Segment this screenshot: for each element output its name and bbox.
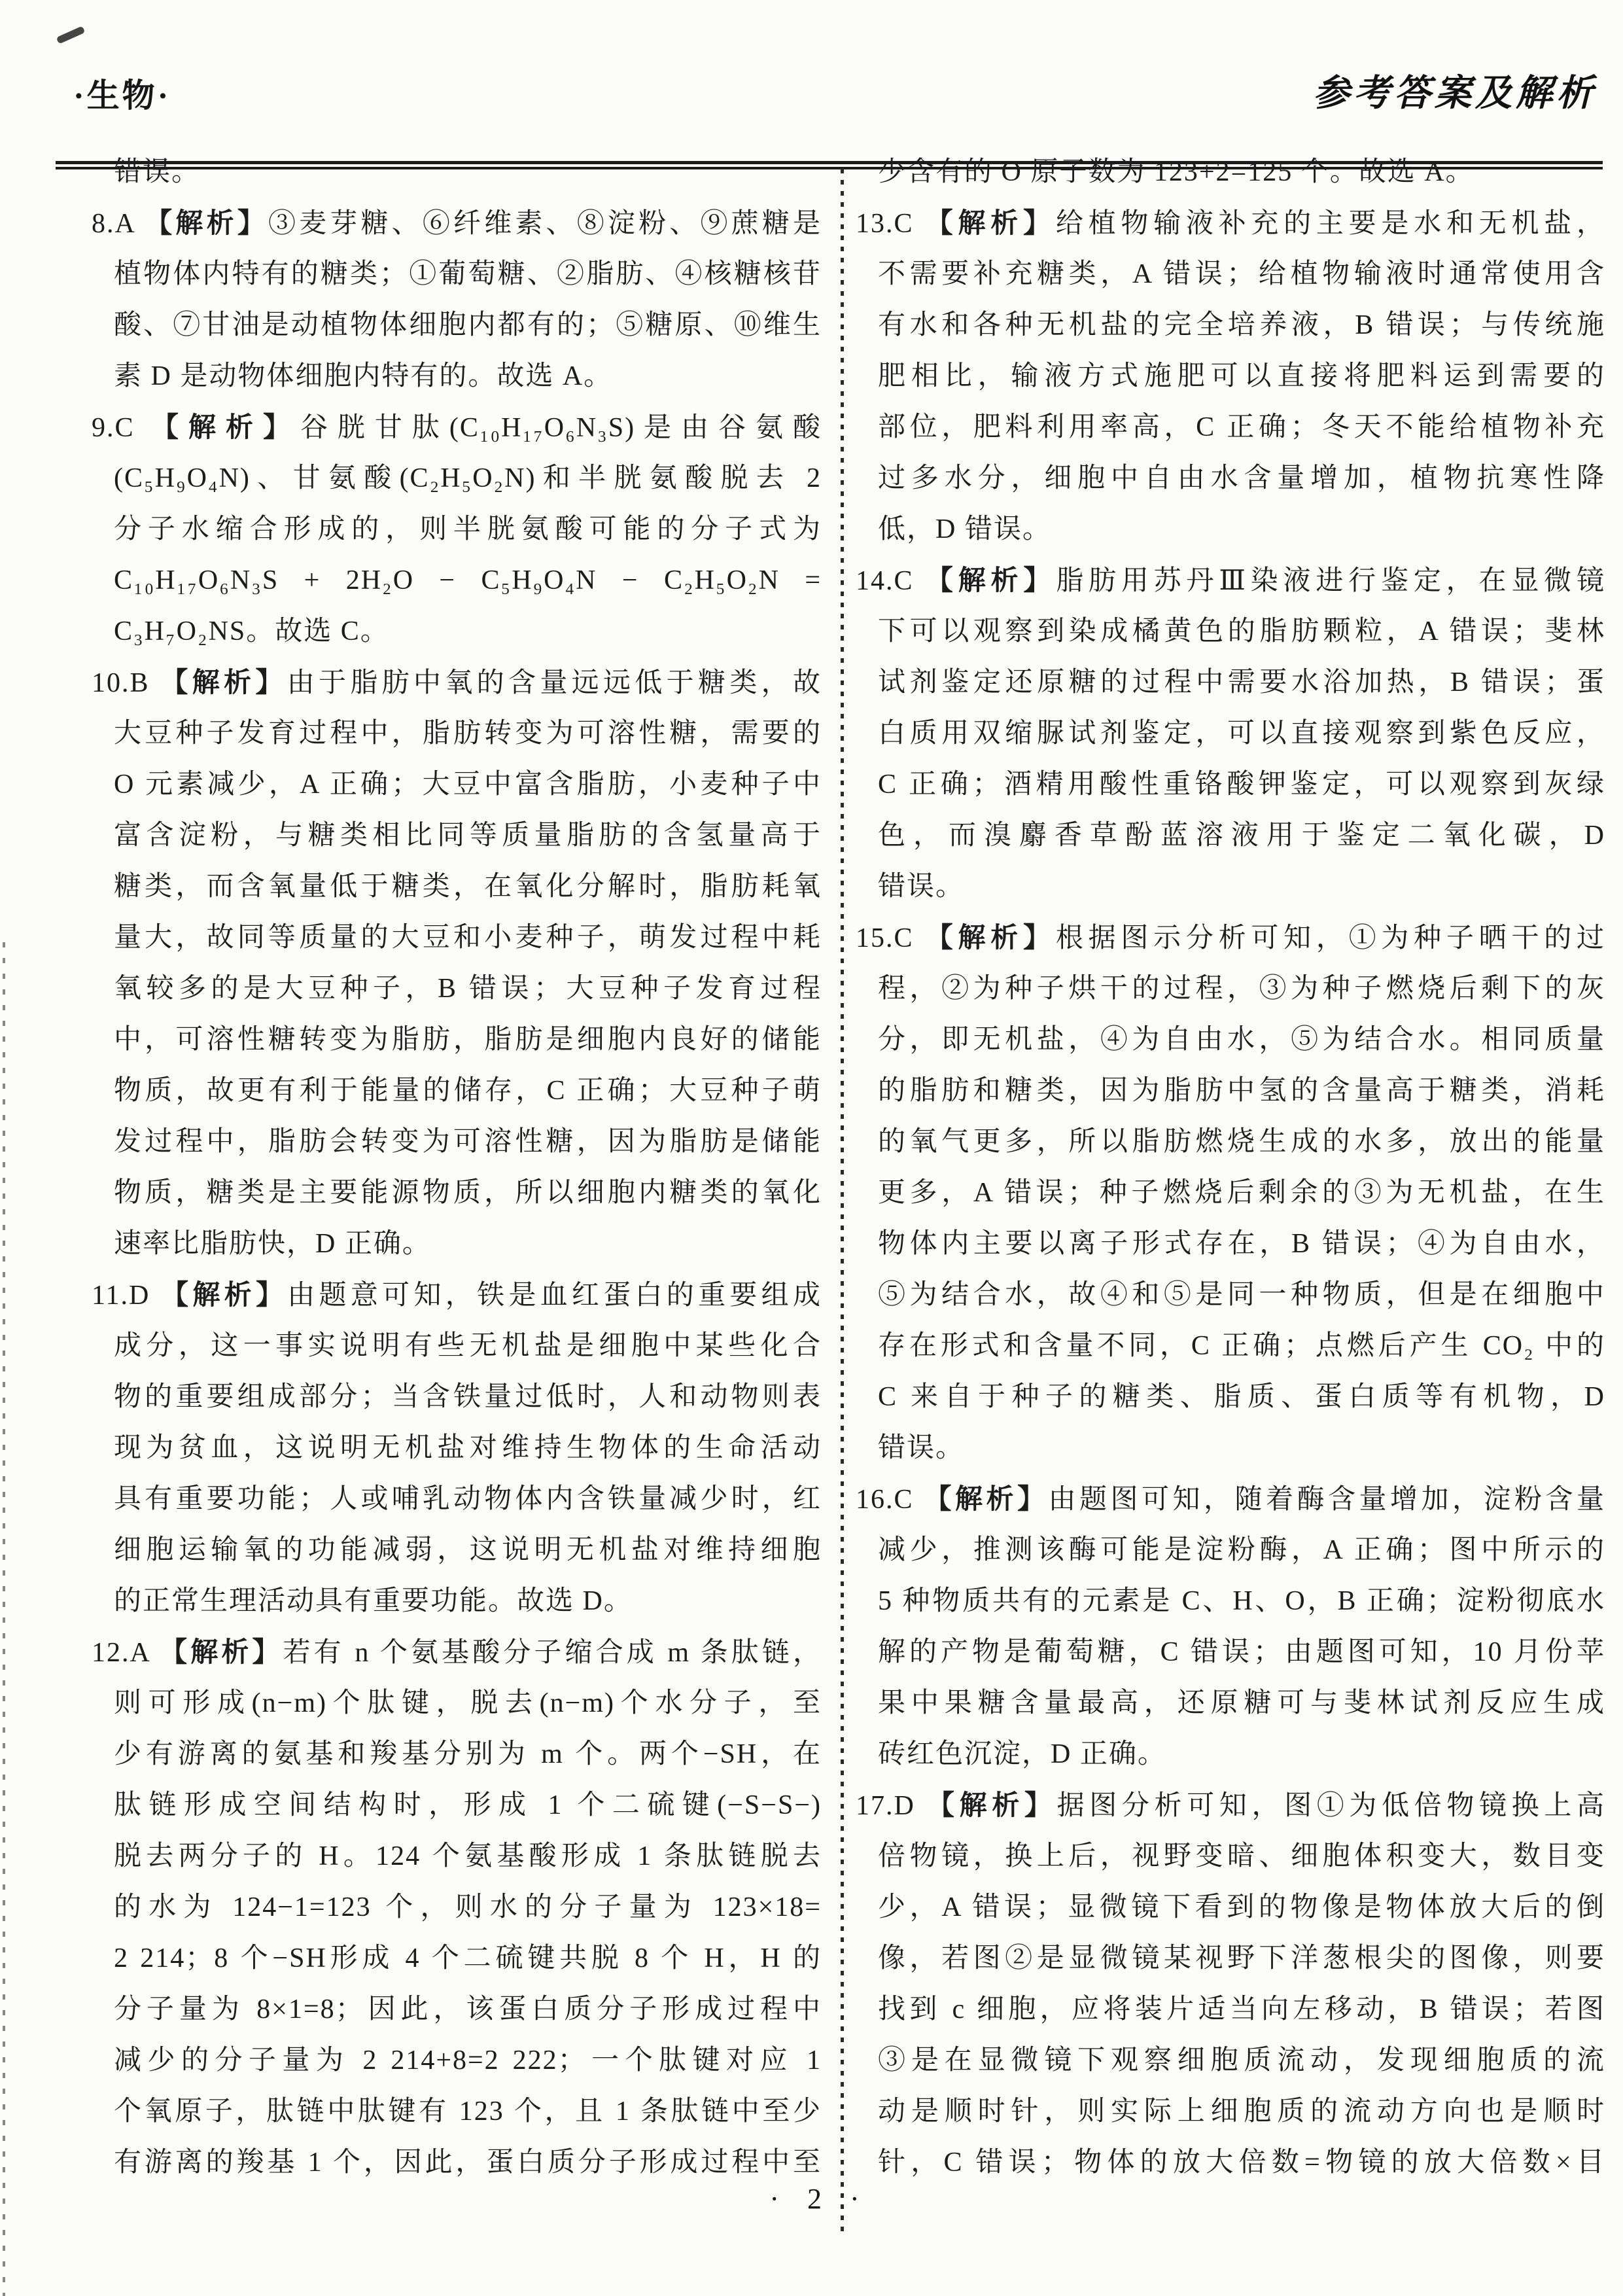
text-line: 减少的分子量为 2 214+8=2 222；一个肽键对应 1 [92,2035,822,2086]
text-line: 过多水分，细胞中自由水含量增加，植物抗寒性降 [856,453,1605,504]
text-line: 有游离的羧基 1 个，因此，蛋白质分子形成过程中至 [92,2137,822,2188]
text-line: 动是顺时针，则实际上细胞质的流动方向也是顺时 [856,2086,1605,2137]
text-line: 试剂鉴定还原糖的过程中需要水浴加热，B 错误；蛋 [856,657,1605,708]
text-line: 发过程中，脂肪会转变为可溶性糖，因为脂肪是储能 [92,1116,822,1167]
text-line: C 来自于种子的糖类、脂质、蛋白质等有机物，D [856,1371,1605,1422]
text-line: 下可以观察到染成橘黄色的脂肪颗粒，A 错误；斐林 [856,606,1605,657]
text-line: 个氧原子，肽链中肽键有 123 个，且 1 条肽链中至少 [92,2086,822,2137]
text-line: 低，D 错误。 [856,504,1605,555]
text-line: 16.C 【解析】由题图可知，随着酶含量增加，淀粉含量 [856,1474,1605,1525]
text-line: 存在形式和含量不同，C 正确；点燃后产生 CO₂ 中的 [856,1320,1605,1371]
analysis-label: 【解析】 [160,667,287,698]
text-line: 17.D 【解析】据图分析可知，图①为低倍物镜换上高 [856,1780,1605,1831]
analysis-label: 【解析】 [926,207,1056,238]
text-line: 不需要补充糖类，A 错误；给植物输液时通常使用含 [856,249,1605,300]
text-line: 大豆种子发育过程中，脂肪转变为可溶性糖，需要的 [92,708,822,759]
text-line: 则可形成(n−m)个肽键，脱去(n−m)个水分子，至 [92,1678,822,1729]
text-line: 像，若图②是显微镜某视野下洋葱根尖的图像，则要 [856,1933,1605,1984]
text-line: 物质，故更有利于能量的储存，C 正确；大豆种子萌 [92,1065,822,1116]
text-line: 针，C 错误；物体的放大倍数=物镜的放大倍数×目 [856,2137,1605,2188]
text-line: 肽链形成空间结构时，形成 1 个二硫键(−S−S−) [92,1780,822,1831]
text-line: 的正常生理活动具有重要功能。故选 D。 [92,1576,822,1627]
text-line: 肥相比，输液方式施肥可以直接将肥料运到需要的 [856,351,1605,402]
page-number: · 2 · [722,2174,918,2225]
text-line: 10.B 【解析】由于脂肪中氧的含量远远低于糖类，故 [92,657,822,708]
analysis-label: 【解析】 [151,412,300,442]
analysis-label: 【解析】 [924,1483,1049,1514]
analysis-label: 【解析】 [145,207,268,238]
text-line: 分子量为 8×1=8；因此，该蛋白质分子形成过程中 [92,1984,822,2035]
text-line: 有水和各种无机盐的完全培养液，B 错误；与传统施 [856,300,1605,351]
text-line: 成分，这一事实说明有些无机盐是细胞中某些化合 [92,1320,822,1371]
text-line: 的氧气更多，所以脂肪燃烧生成的水多，放出的能量 [856,1116,1605,1167]
text-line: O 元素减少，A 正确；大豆中富含脂肪，小麦种子中 [92,759,822,810]
analysis-label: 【解析】 [927,1790,1057,1820]
text-line: 15.C 【解析】根据图示分析可知，①为种子晒干的过 [856,912,1605,963]
subject-label: ·生物· [73,69,171,116]
scan-artifact [56,26,86,44]
text-line: 脱去两分子的 H。124 个氨基酸形成 1 条肽链脱去 [92,1831,822,1882]
text-line: 部位，肥料利用率高，C 正确；冬天不能给植物补充 [856,402,1605,453]
left-column: 错误。8.A 【解析】③麦芽糖、⑥纤维素、⑧淀粉、⑨蔗糖是植物体内特有的糖类；①… [92,147,822,2188]
text-line: 错误。 [92,147,822,198]
text-line: 分子水缩合形成的，则半胱氨酸可能的分子式为 [92,504,822,555]
text-line: 的水为 124−1=123 个，则水的分子量为 123×18= [92,1882,822,1933]
text-line: 糖类，而含氧量低于糖类，在氧化分解时，脂肪耗氧 [92,861,822,912]
text-line: 细胞运输氧的功能减弱，这说明无机盐对维持细胞 [92,1525,822,1576]
text-line: 植物体内特有的糖类；①葡萄糖、②脂肪、④核糖核苷 [92,249,822,300]
text-line: 2 214；8 个−SH形成 4 个二硫键共脱 8 个 H，H 的 [92,1933,822,1984]
text-line: 的脂肪和糖类，因为脂肪中氢的含量高于糖类，消耗 [856,1065,1605,1116]
text-line: ⑤为结合水，故④和⑤是同一种物质，但是在细胞中 [856,1269,1605,1320]
page-edge-marks [3,942,5,2296]
text-line: ③是在显微镜下观察细胞质流动，发现细胞质的流 [856,2035,1605,2086]
text-line: 8.A 【解析】③麦芽糖、⑥纤维素、⑧淀粉、⑨蔗糖是 [92,198,822,249]
text-line: 13.C 【解析】给植物输液补充的主要是水和无机盐， [856,198,1605,249]
analysis-label: 【解析】 [160,1636,283,1667]
text-line: 白质用双缩脲试剂鉴定，可以直接观察到紫色反应， [856,708,1605,759]
analysis-label: 【解析】 [926,922,1056,953]
right-column: 少含有的 O 原子数为 123+2=125 个。故选 A。13.C 【解析】给植… [856,147,1605,2188]
text-line: 少，A 错误；显微镜下看到的物像是物体放大后的倒 [856,1882,1605,1933]
text-line: 具有重要功能；人或哺乳动物体内含铁量减少时，红 [92,1474,822,1525]
text-line: 错误。 [856,1422,1605,1474]
text-line: 减少，推测该酶可能是淀粉酶，A 正确；图中所示的 [856,1525,1605,1576]
text-line: 中，可溶性糖转变为脂肪，脂肪是细胞内良好的储能 [92,1014,822,1065]
text-line: 物的重要组成部分；当含铁量过低时，人和动物则表 [92,1371,822,1422]
text-line: 酸、⑦甘油是动植物体细胞内都有的；⑤糖原、⑩维生 [92,300,822,351]
text-line: 氧较多的是大豆种子，B 错误；大豆种子发育过程 [92,963,822,1014]
text-line: 解的产物是葡萄糖，C 错误；由题图可知，10 月份苹 [856,1627,1605,1678]
analysis-label: 【解析】 [926,565,1056,595]
text-line: 速率比脂肪快，D 正确。 [92,1218,822,1269]
column-divider [841,169,844,2236]
text-line: 分，即无机盐，④为自由水，⑤为结合水。相同质量 [856,1014,1605,1065]
text-line: 物质，糖类是主要能源物质，所以细胞内糖类的氧化 [92,1167,822,1218]
text-line: (C₅H₉O₄N)、甘氨酸(C₂H₅O₂N)和半胱氨酸脱去 2 [92,453,822,504]
text-line: 11.D 【解析】由题意可知，铁是血红蛋白的重要组成 [92,1269,822,1320]
analysis-label: 【解析】 [161,1279,287,1310]
text-line: 错误。 [856,861,1605,912]
text-line: 果中果糖含量最高，还原糖可与斐林试剂反应生成 [856,1678,1605,1729]
text-line: 12.A 【解析】若有 n 个氨基酸分子缩合成 m 条肽链， [92,1627,822,1678]
answer-key-page: ·生物· 参考答案及解析 错误。8.A 【解析】③麦芽糖、⑥纤维素、⑧淀粉、⑨蔗… [0,0,1623,2296]
text-line: 更多，A 错误；种子燃烧后剩余的③为无机盐，在生 [856,1167,1605,1218]
text-line: 量大，故同等质量的大豆和小麦种子，萌发过程中耗 [92,912,822,963]
text-line: 素 D 是动物体细胞内特有的。故选 A。 [92,351,822,402]
text-line: 少有游离的氨基和羧基分别为 m 个。两个−SH，在 [92,1729,822,1780]
page-title: 参考答案及解析 [1313,64,1597,116]
text-line: C 正确；酒精用酸性重铬酸钾鉴定，可以观察到灰绿 [856,759,1605,810]
text-line: 5 种物质共有的元素是 C、H、O，B 正确；淀粉彻底水 [856,1576,1605,1627]
text-line: 少含有的 O 原子数为 123+2=125 个。故选 A。 [856,147,1605,198]
text-line: 找到 c 细胞，应将装片适当向左移动，B 错误；若图 [856,1984,1605,2035]
text-line: C₁₀H₁₇O₆N₃S + 2H₂O − C₅H₉O₄N − C₂H₅O₂N = [92,555,822,606]
text-line: 9.C 【解析】谷胱甘肽(C₁₀H₁₇O₆N₃S)是由谷氨酸 [92,402,822,453]
text-line: 色，而溴麝香草酚蓝溶液用于鉴定二氧化碳，D [856,810,1605,861]
text-line: 倍物镜，换上后，视野变暗、细胞体积变大，数目变 [856,1831,1605,1882]
text-line: 物体内主要以离子形式存在，B 错误；④为自由水， [856,1218,1605,1269]
text-line: 富含淀粉，与糖类相比同等质量脂肪的含氢量高于 [92,810,822,861]
text-line: 程，②为种子烘干的过程，③为种子燃烧后剩下的灰 [856,963,1605,1014]
text-line: 砖红色沉淀，D 正确。 [856,1729,1605,1780]
text-line: C₃H₇O₂NS。故选 C。 [92,606,822,657]
text-line: 现为贫血，这说明无机盐对维持生物体的生命活动 [92,1422,822,1474]
text-line: 14.C 【解析】脂肪用苏丹Ⅲ染液进行鉴定，在显微镜 [856,555,1605,606]
